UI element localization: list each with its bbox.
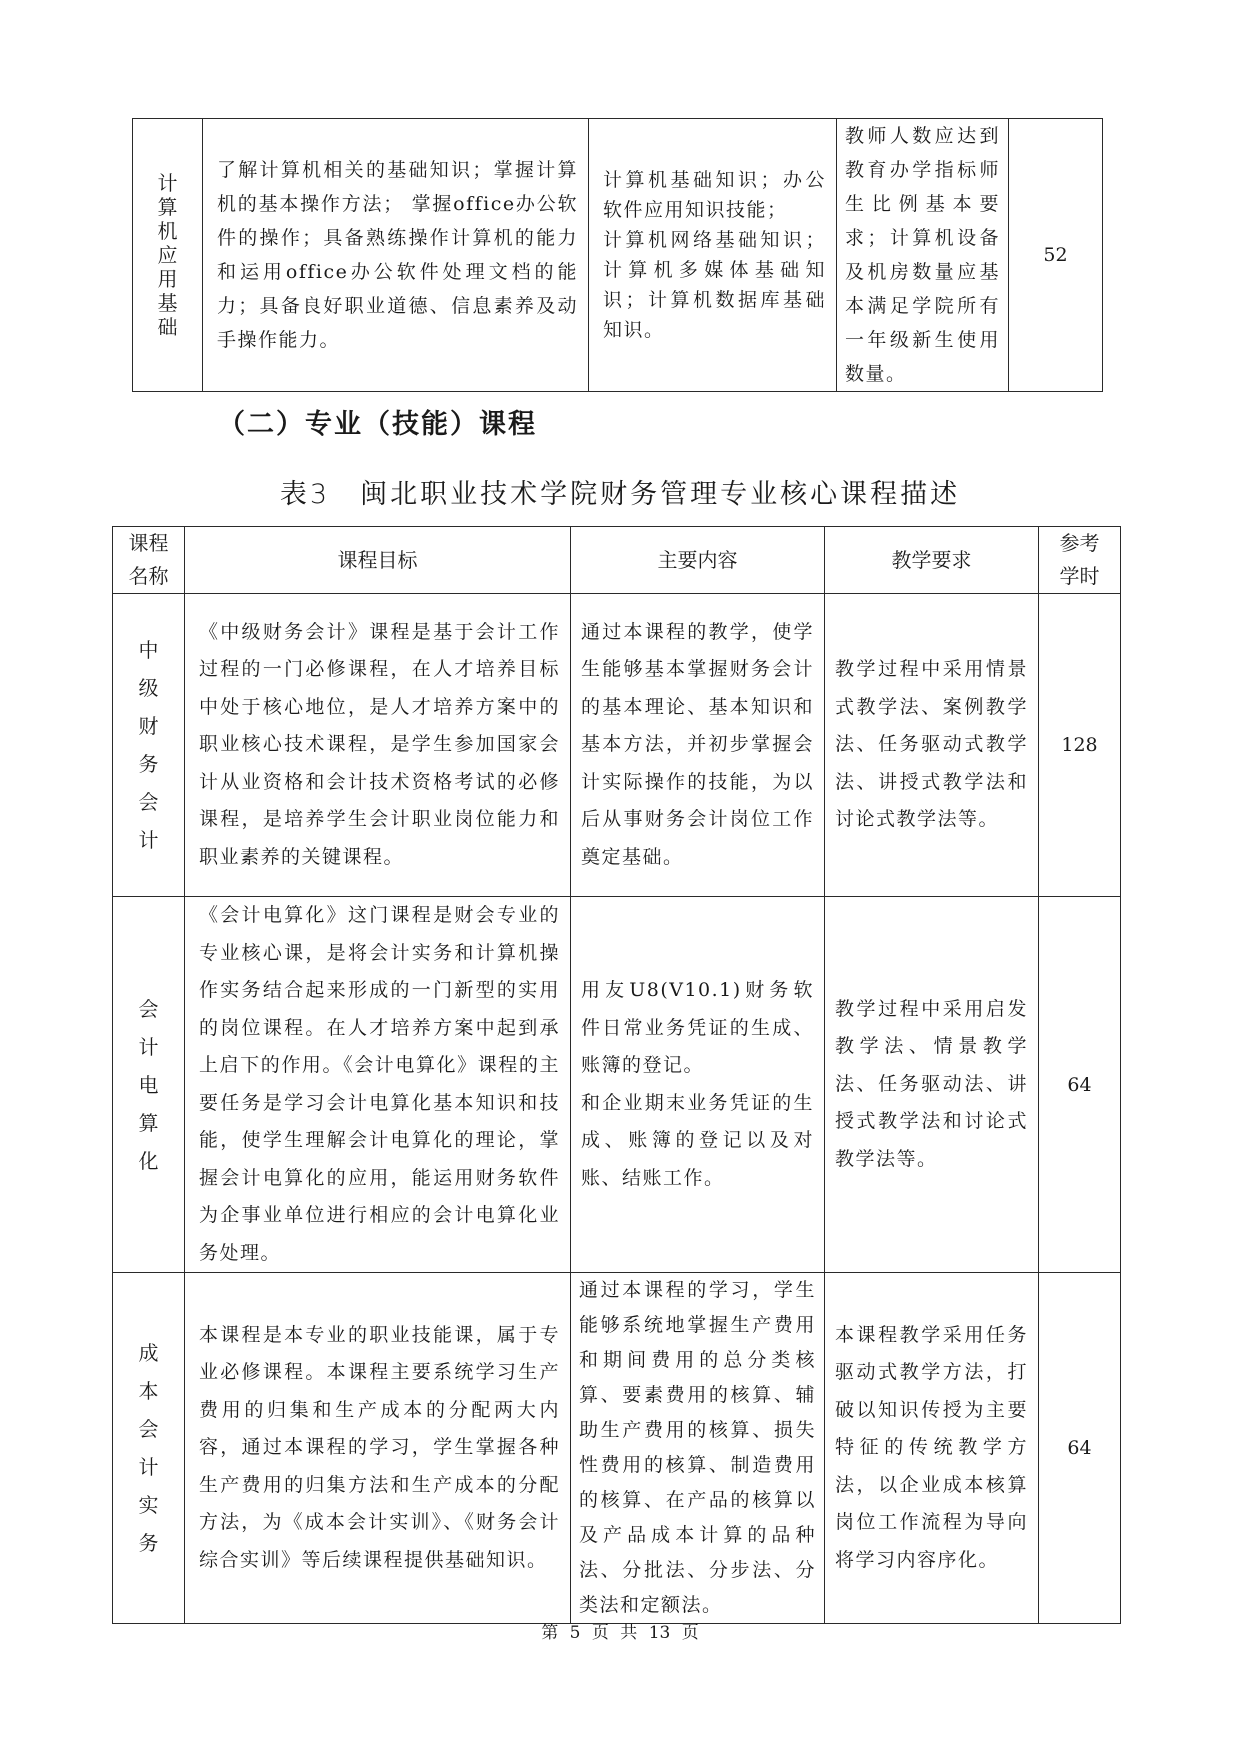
course-goal: 本课程是本专业的职业技能课，属于专业必修课程。本课程主要系统学习生产费用的归集和…	[185, 1273, 571, 1624]
course-requirement: 教师人数应达到教育办学指标师生比例基本要求；计算机设备及机房数量应基本满足学院所…	[837, 119, 1009, 392]
course-requirement: 本课程教学采用任务驱动式教学方法，打破以知识传授为主要特征的传统教学方法，以企业…	[825, 1273, 1039, 1624]
course-name: 会 计 电 算 化	[113, 897, 185, 1273]
course-content: 通过本课程的学习，学生能够系统地掌握生产费用和期间费用的总分类核算、要素费用的核…	[571, 1273, 825, 1624]
section-heading: （二）专业（技能）课程	[218, 402, 537, 441]
table-row: 计 算 机 应 用 基 础 了解计算机相关的基础知识；掌握计算机的基本操作方法；…	[133, 119, 1103, 392]
course-content: 用友U8(V10.1)财务软件日常业务凭证的生成、账簿的登记。 和企业期末业务凭…	[571, 897, 825, 1273]
course-hours: 128	[1039, 594, 1121, 897]
course-name: 中 级 财 务 会 计	[113, 594, 185, 897]
header-content: 主要内容	[571, 527, 825, 594]
table-row: 中 级 财 务 会 计 《中级财务会计》课程是基于会计工作过程的一门必修课程，在…	[113, 594, 1121, 897]
course-hours: 64	[1039, 1273, 1121, 1624]
course-goal: 《中级财务会计》课程是基于会计工作过程的一门必修课程，在人才培养目标中处于核心地…	[185, 594, 571, 897]
header-goal: 课程目标	[185, 527, 571, 594]
table-caption: 表3 闽北职业技术学院财务管理专业核心课程描述	[0, 472, 1240, 511]
table-row: 会 计 电 算 化 《会计电算化》这门课程是财会专业的专业核心课，是将会计实务和…	[113, 897, 1121, 1273]
course-content: 通过本课程的教学，使学生能够基本掌握财务会计的基本理论、基本知识和基本方法，并初…	[571, 594, 825, 897]
course-content: 计算机基础知识；办公软件应用知识技能； 计算机网络基础知识；计算机多媒体基础知识…	[589, 119, 837, 392]
course-hours: 64	[1039, 897, 1121, 1273]
course-name: 计 算 机 应 用 基 础	[133, 119, 203, 392]
header-requirement: 教学要求	[825, 527, 1039, 594]
course-requirement: 教学过程中采用启发教学法、情景教学法、任务驱动法、讲授式教学法和讨论式教学法等。	[825, 897, 1039, 1273]
course-requirement: 教学过程中采用情景式教学法、案例教学法、任务驱动式教学法、讲授式教学法和讨论式教…	[825, 594, 1039, 897]
course-hours: 52	[1009, 119, 1103, 392]
core-courses-table: 课程 名称 课程目标 主要内容 教学要求 参考 学时 中 级 财 务 会 计 《…	[112, 526, 1121, 1624]
course-goal: 《会计电算化》这门课程是财会专业的专业核心课，是将会计实务和计算机操作实务结合起…	[185, 897, 571, 1273]
course-name: 成 本 会 计 实 务	[113, 1273, 185, 1624]
header-hours: 参考 学时	[1039, 527, 1121, 594]
table-row: 成 本 会 计 实 务 本课程是本专业的职业技能课，属于专业必修课程。本课程主要…	[113, 1273, 1121, 1624]
header-course-name: 课程 名称	[113, 527, 185, 594]
computer-basics-table: 计 算 机 应 用 基 础 了解计算机相关的基础知识；掌握计算机的基本操作方法；…	[132, 118, 1103, 392]
page-number: 第 5 页 共 13 页	[0, 1618, 1240, 1643]
course-goal: 了解计算机相关的基础知识；掌握计算机的基本操作方法； 掌握office办公软件的…	[203, 119, 589, 392]
table-header-row: 课程 名称 课程目标 主要内容 教学要求 参考 学时	[113, 527, 1121, 594]
